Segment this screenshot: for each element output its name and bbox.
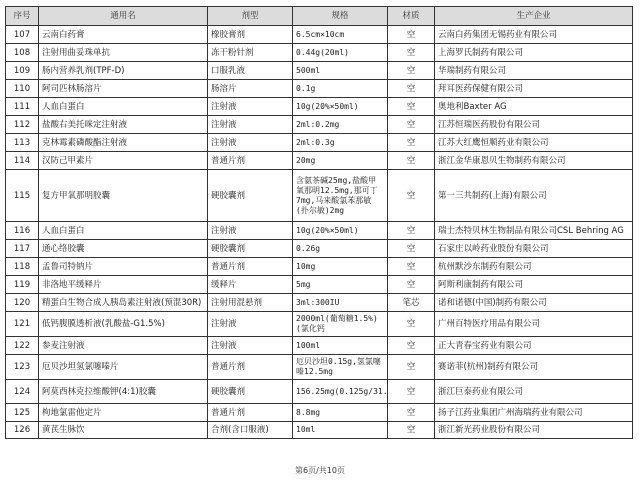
cell-manufacturer: 华瑞制药有限公司 <box>435 62 633 80</box>
table-row: 117通心络胶囊硬胶囊剂0.26g空石家庄以岭药业股份有限公司 <box>6 240 633 258</box>
cell-specification: 含氨茶碱25mg,盐酸甲氧那明12.5mg,那可丁7mg,马来酸氯苯那敏(扑尔敏… <box>293 170 388 222</box>
cell-specification: 2ml:0.2mg <box>293 116 388 134</box>
cell-material: 空 <box>388 116 435 134</box>
cell-dosage-form: 缓释片 <box>208 276 293 294</box>
cell-generic-name: 阿司匹林肠溶片 <box>39 80 208 98</box>
cell-dosage-form: 注射液 <box>208 312 293 337</box>
cell-manufacturer: 第一三共制药(上海)有限公司 <box>435 170 633 222</box>
header-manufacturer: 生产企业 <box>435 7 633 26</box>
cell-serial-no: 113 <box>6 134 39 152</box>
table-row: 110阿司匹林肠溶片肠溶片0.1g空拜耳医药保健有限公司 <box>6 80 633 98</box>
cell-generic-name: 厄贝沙坦氢氯噻嗪片 <box>39 355 208 380</box>
cell-generic-name: 非洛地平缓释片 <box>39 276 208 294</box>
table-row: 125枸地氯雷他定片普通片剂8.8mg空扬子江药业集团广州海瑞药业有限公司 <box>6 404 633 422</box>
cell-manufacturer: 瑞士杰特贝林生物制品有限公司CSL Behring AG <box>435 222 633 240</box>
cell-manufacturer: 石家庄以岭药业股份有限公司 <box>435 240 633 258</box>
cell-manufacturer: 江苏大红鹰恒顺药业有限公司 <box>435 134 633 152</box>
cell-material: 空 <box>388 26 435 44</box>
cell-generic-name: 阿莫西林克拉维酸钾(4:1)胶囊 <box>39 380 208 404</box>
table-row: 126黄芪生脉饮合剂(含口服液)10ml空浙江新光药业股份有限公司 <box>6 422 633 439</box>
cell-material: 空 <box>388 44 435 62</box>
cell-generic-name: 盐酸右美托咪定注射液 <box>39 116 208 134</box>
cell-serial-no: 119 <box>6 276 39 294</box>
page-indicator: 第6页/共10页 <box>0 465 640 476</box>
cell-material: 空 <box>388 80 435 98</box>
cell-manufacturer: 广州百特医疗用品有限公司 <box>435 312 633 337</box>
cell-serial-no: 121 <box>6 312 39 337</box>
cell-generic-name: 通心络胶囊 <box>39 240 208 258</box>
cell-material: 空 <box>388 98 435 116</box>
cell-specification: 0.44g(20ml) <box>293 44 388 62</box>
cell-specification: 0.1g <box>293 80 388 98</box>
cell-manufacturer: 正大青春宝药业有限公司 <box>435 337 633 355</box>
cell-dosage-form: 口服乳液 <box>208 62 293 80</box>
cell-generic-name: 参麦注射液 <box>39 337 208 355</box>
cell-generic-name: 人血白蛋白 <box>39 98 208 116</box>
table-row: 113克林霉素磷酸酯注射液注射液2ml:0.3g空江苏大红鹰恒顺药业有限公司 <box>6 134 633 152</box>
table-row: 107云南白药膏橡胶膏剂6.5cm×10cm空云南白药集团无锡药业有限公司 <box>6 26 633 44</box>
cell-serial-no: 126 <box>6 422 39 439</box>
cell-dosage-form: 硬胶囊剂 <box>208 240 293 258</box>
table-row: 115复方甲氧那明胶囊硬胶囊剂含氨茶碱25mg,盐酸甲氧那明12.5mg,那可丁… <box>6 170 633 222</box>
cell-specification: 2ml:0.3g <box>293 134 388 152</box>
header-dosage-form: 剂型 <box>208 7 293 26</box>
cell-dosage-form: 普通片剂 <box>208 355 293 380</box>
cell-generic-name: 孟鲁司特钠片 <box>39 258 208 276</box>
table-header-row: 序号 通用名 剂型 规格 材质 生产企业 <box>6 7 633 26</box>
cell-material: 空 <box>388 240 435 258</box>
table-row: 119非洛地平缓释片缓释片5mg空阿斯利康制药有限公司 <box>6 276 633 294</box>
cell-specification: 6.5cm×10cm <box>293 26 388 44</box>
cell-serial-no: 117 <box>6 240 39 258</box>
cell-manufacturer: 浙江新光药业股份有限公司 <box>435 422 633 439</box>
cell-serial-no: 118 <box>6 258 39 276</box>
cell-material: 空 <box>388 170 435 222</box>
cell-manufacturer: 上海罗氏制药有限公司 <box>435 44 633 62</box>
cell-generic-name: 肠内营养乳剂(TPF-D) <box>39 62 208 80</box>
cell-specification: 5mg <box>293 276 388 294</box>
cell-manufacturer: 杭州默沙东制药有限公司 <box>435 258 633 276</box>
table-row: 114汉防己甲素片普通片剂20mg空浙江金华康恩贝生物制药有限公司 <box>6 152 633 170</box>
cell-manufacturer: 江苏恒瑞医药股份有限公司 <box>435 116 633 134</box>
cell-dosage-form: 冻干粉针剂 <box>208 44 293 62</box>
cell-serial-no: 123 <box>6 355 39 380</box>
cell-specification: 3ml:300IU <box>293 294 388 312</box>
table-row: 108注射用曲妥珠单抗冻干粉针剂0.44g(20ml)空上海罗氏制药有限公司 <box>6 44 633 62</box>
cell-material: 空 <box>388 404 435 422</box>
cell-generic-name: 人血白蛋白 <box>39 222 208 240</box>
cell-dosage-form: 硬胶囊剂 <box>208 170 293 222</box>
cell-manufacturer: 诺和诺德(中国)制药有限公司 <box>435 294 633 312</box>
cell-serial-no: 116 <box>6 222 39 240</box>
cell-manufacturer: 阿斯利康制药有限公司 <box>435 276 633 294</box>
header-material: 材质 <box>388 7 435 26</box>
table-row: 112盐酸右美托咪定注射液注射液2ml:0.2mg空江苏恒瑞医药股份有限公司 <box>6 116 633 134</box>
cell-dosage-form: 肠溶片 <box>208 80 293 98</box>
cell-dosage-form: 普通片剂 <box>208 258 293 276</box>
cell-dosage-form: 普通片剂 <box>208 152 293 170</box>
cell-serial-no: 120 <box>6 294 39 312</box>
cell-material: 空 <box>388 337 435 355</box>
cell-generic-name: 黄芪生脉饮 <box>39 422 208 439</box>
cell-dosage-form: 橡胶膏剂 <box>208 26 293 44</box>
cell-dosage-form: 普通片剂 <box>208 404 293 422</box>
cell-serial-no: 108 <box>6 44 39 62</box>
cell-serial-no: 125 <box>6 404 39 422</box>
cell-material: 空 <box>388 355 435 380</box>
cell-manufacturer: 浙江金华康恩贝生物制药有限公司 <box>435 152 633 170</box>
header-specification: 规格 <box>293 7 388 26</box>
cell-dosage-form: 合剂(含口服液) <box>208 422 293 439</box>
cell-manufacturer: 奥地利Baxter AG <box>435 98 633 116</box>
cell-manufacturer: 浙江巨泰药业有限公司 <box>435 380 633 404</box>
cell-serial-no: 112 <box>6 116 39 134</box>
table-row: 123厄贝沙坦氢氯噻嗪片普通片剂厄贝沙坦0.15g,氢氯噻嗪12.5mg空赛诺菲… <box>6 355 633 380</box>
table-row: 109肠内营养乳剂(TPF-D)口服乳液500ml空华瑞制药有限公司 <box>6 62 633 80</box>
cell-material: 空 <box>388 422 435 439</box>
cell-material: 空 <box>388 312 435 337</box>
cell-specification: 0.26g <box>293 240 388 258</box>
cell-serial-no: 111 <box>6 98 39 116</box>
cell-generic-name: 克林霉素磷酸酯注射液 <box>39 134 208 152</box>
table-row: 122参麦注射液注射液100ml空正大青春宝药业有限公司 <box>6 337 633 355</box>
cell-material: 空 <box>388 276 435 294</box>
cell-specification: 20mg <box>293 152 388 170</box>
cell-dosage-form: 硬胶囊剂 <box>208 380 293 404</box>
cell-specification: 厄贝沙坦0.15g,氢氯噻嗪12.5mg <box>293 355 388 380</box>
cell-generic-name: 精蛋白生物合成人胰岛素注射液(预混30R) <box>39 294 208 312</box>
table-row: 111人血白蛋白注射液10g(20%×50ml)空奥地利Baxter AG <box>6 98 633 116</box>
cell-serial-no: 124 <box>6 380 39 404</box>
table-row: 121低钙腹膜透析液(乳酸盐-G1.5%)注射液2000ml(葡萄糖1.5%)(… <box>6 312 633 337</box>
table-row: 118孟鲁司特钠片普通片剂10mg空杭州默沙东制药有限公司 <box>6 258 633 276</box>
cell-material: 空 <box>388 258 435 276</box>
cell-serial-no: 122 <box>6 337 39 355</box>
table-row: 124阿莫西林克拉维酸钾(4:1)胶囊硬胶囊剂156.25mg(0.125g/3… <box>6 380 633 404</box>
cell-specification: 500ml <box>293 62 388 80</box>
cell-dosage-form: 注射液 <box>208 337 293 355</box>
cell-specification: 100ml <box>293 337 388 355</box>
cell-material: 空 <box>388 62 435 80</box>
cell-serial-no: 114 <box>6 152 39 170</box>
table-row: 116人血白蛋白注射液10g(20%×50ml)空瑞士杰特贝林生物制品有限公司C… <box>6 222 633 240</box>
cell-material: 空 <box>388 380 435 404</box>
cell-generic-name: 复方甲氧那明胶囊 <box>39 170 208 222</box>
cell-manufacturer: 扬子江药业集团广州海瑞药业有限公司 <box>435 404 633 422</box>
cell-manufacturer: 云南白药集团无锡药业有限公司 <box>435 26 633 44</box>
cell-material: 空 <box>388 152 435 170</box>
cell-material: 笔芯 <box>388 294 435 312</box>
cell-serial-no: 109 <box>6 62 39 80</box>
cell-manufacturer: 赛诺菲(杭州)制药有限公司 <box>435 355 633 380</box>
cell-generic-name: 枸地氯雷他定片 <box>39 404 208 422</box>
cell-specification: 8.8mg <box>293 404 388 422</box>
cell-dosage-form: 注射液 <box>208 134 293 152</box>
drug-list-table: 序号 通用名 剂型 规格 材质 生产企业 107云南白药膏橡胶膏剂6.5cm×1… <box>5 6 633 439</box>
cell-specification: 156.25mg(0.125g/31.25mg) <box>293 380 388 404</box>
cell-specification: 10g(20%×50ml) <box>293 222 388 240</box>
cell-generic-name: 汉防己甲素片 <box>39 152 208 170</box>
cell-material: 空 <box>388 134 435 152</box>
cell-specification: 10mg <box>293 258 388 276</box>
cell-material: 空 <box>388 222 435 240</box>
table-row: 120精蛋白生物合成人胰岛素注射液(预混30R)注射用混悬剂3ml:300IU笔… <box>6 294 633 312</box>
cell-dosage-form: 注射液 <box>208 116 293 134</box>
cell-generic-name: 低钙腹膜透析液(乳酸盐-G1.5%) <box>39 312 208 337</box>
cell-specification: 10g(20%×50ml) <box>293 98 388 116</box>
cell-dosage-form: 注射用混悬剂 <box>208 294 293 312</box>
cell-dosage-form: 注射液 <box>208 98 293 116</box>
cell-serial-no: 110 <box>6 80 39 98</box>
cell-dosage-form: 注射液 <box>208 222 293 240</box>
cell-manufacturer: 拜耳医药保健有限公司 <box>435 80 633 98</box>
header-generic-name: 通用名 <box>39 7 208 26</box>
cell-specification: 10ml <box>293 422 388 439</box>
header-serial-no: 序号 <box>6 7 39 26</box>
cell-serial-no: 115 <box>6 170 39 222</box>
cell-specification: 2000ml(葡萄糖1.5%)(氯化钙 <box>293 312 388 337</box>
cell-generic-name: 云南白药膏 <box>39 26 208 44</box>
cell-generic-name: 注射用曲妥珠单抗 <box>39 44 208 62</box>
cell-serial-no: 107 <box>6 26 39 44</box>
